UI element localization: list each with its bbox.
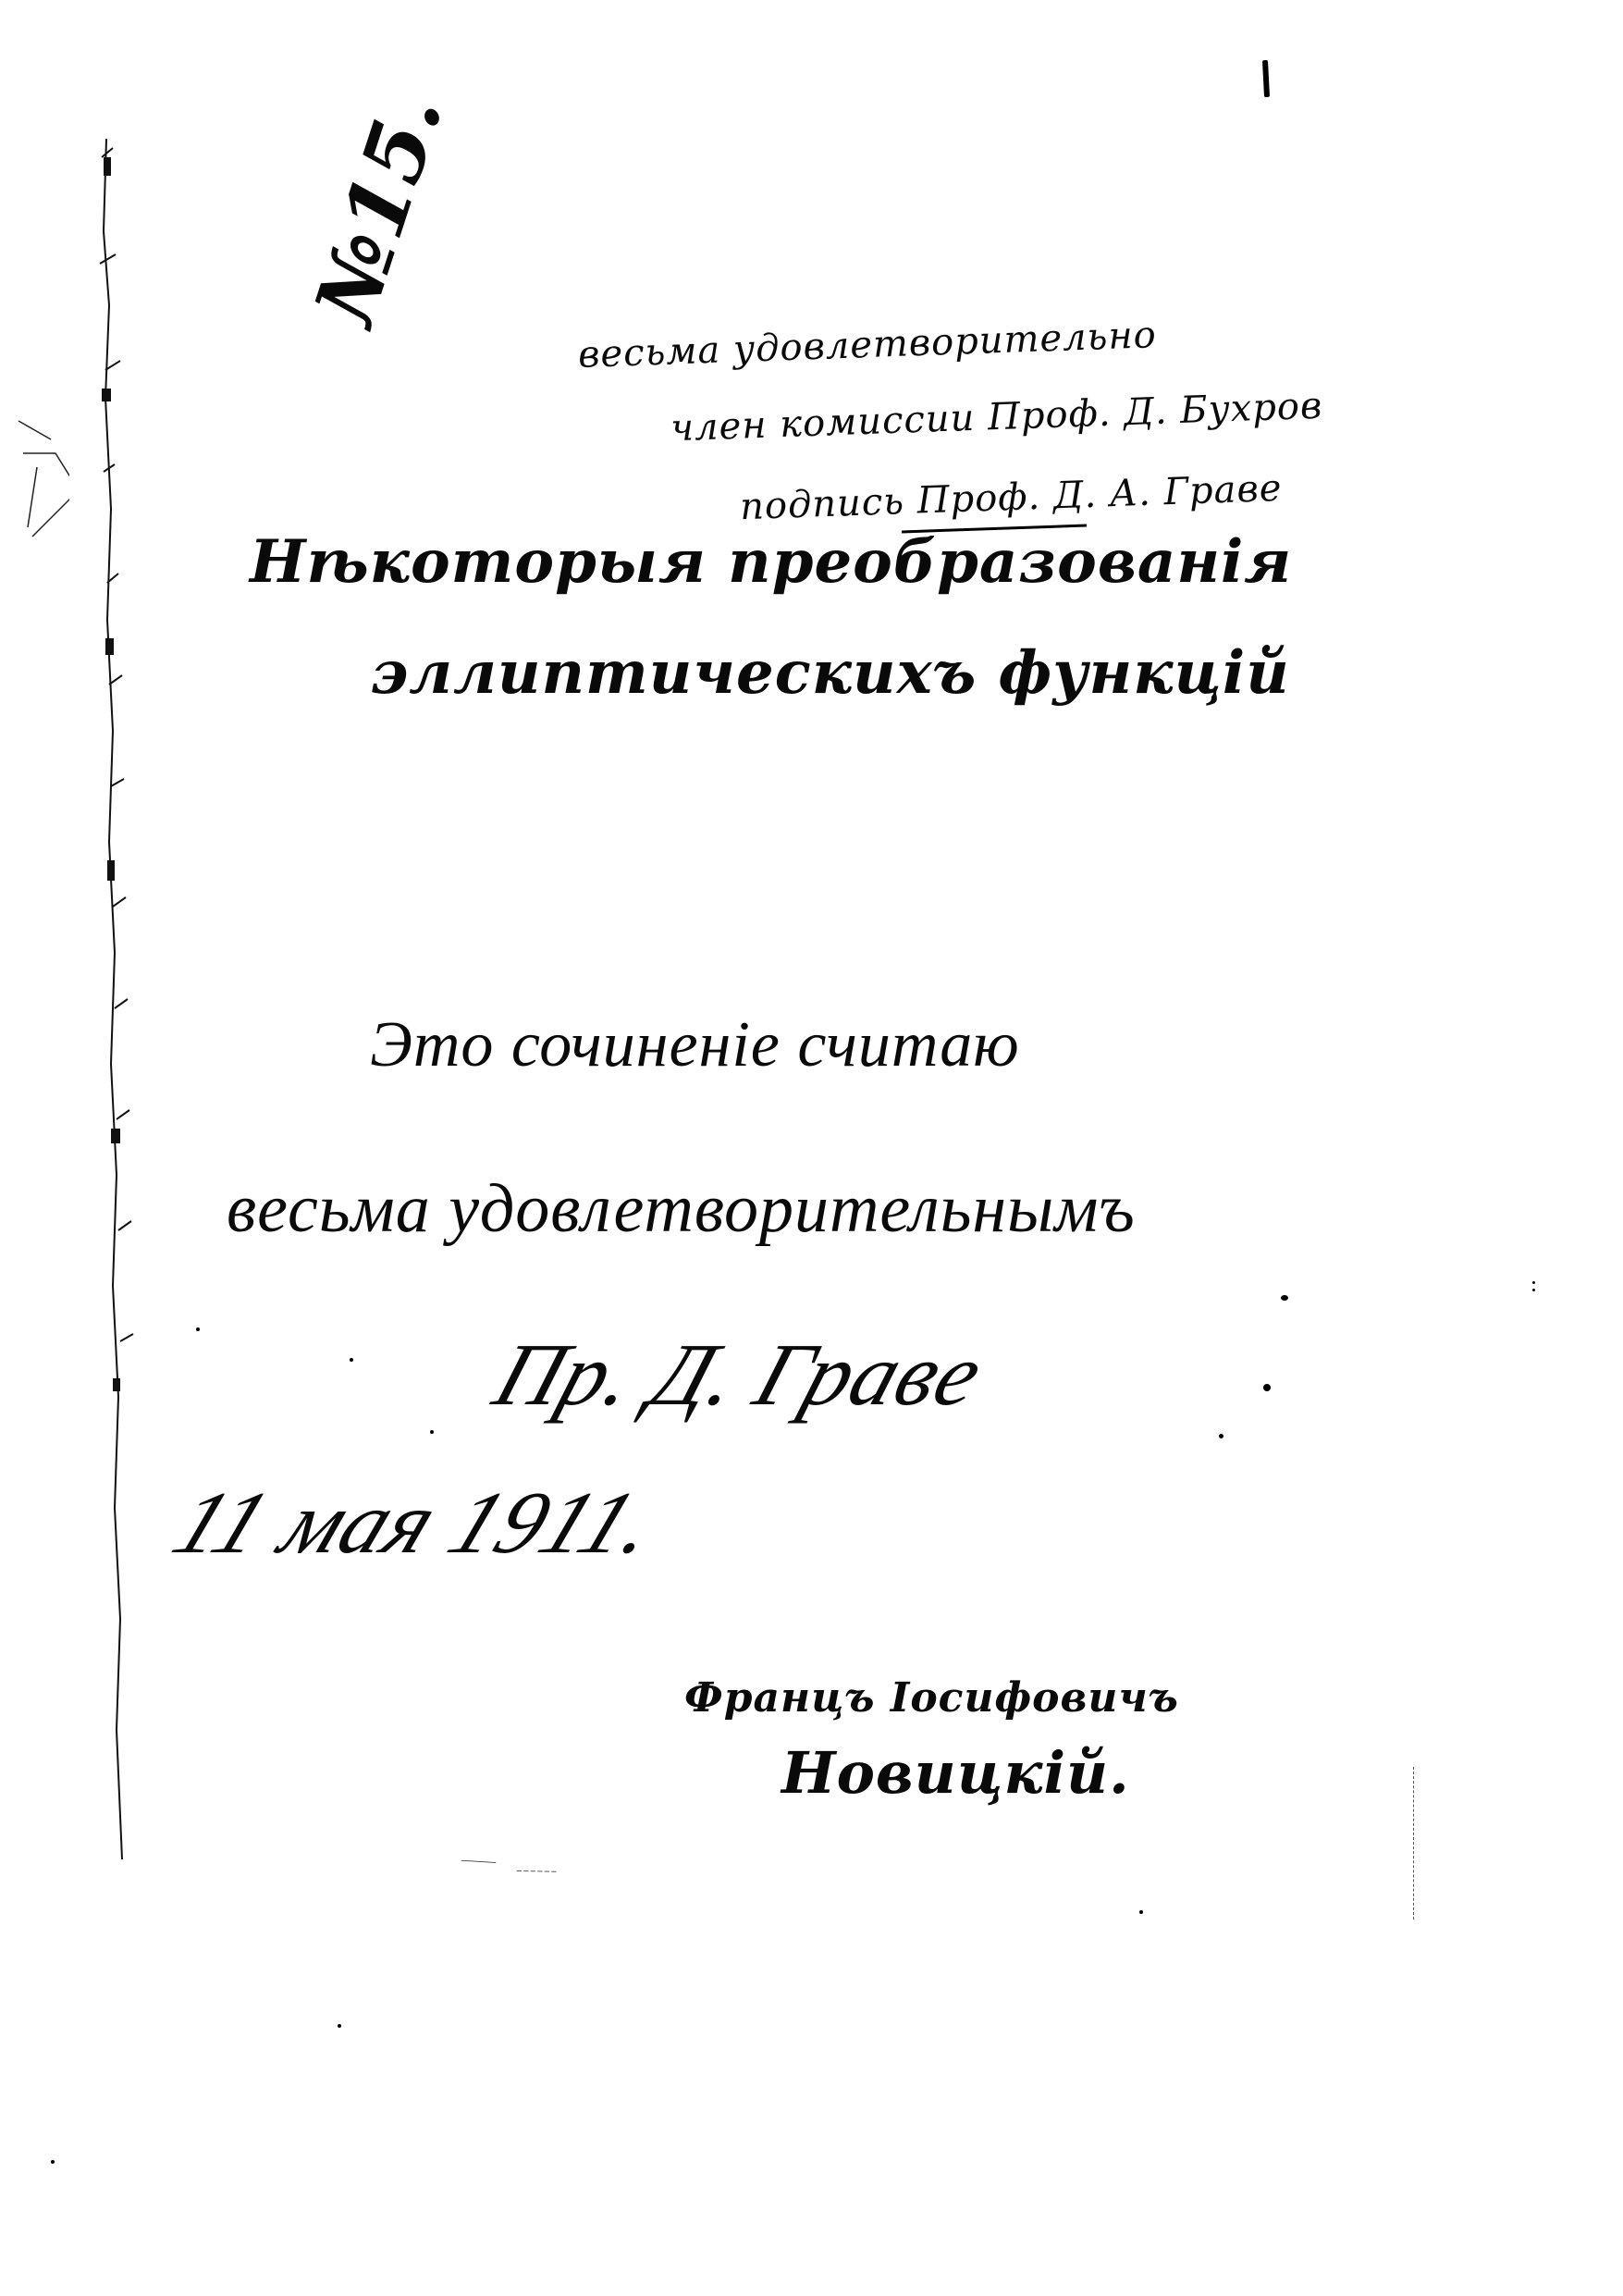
thesis-title-line-2: эллиптическихъ функцій [370, 638, 1290, 708]
page-number-mark [1262, 60, 1270, 97]
registration-number: №15. [296, 81, 461, 336]
ink-speck [1219, 1434, 1223, 1438]
page-edge-right [1413, 1767, 1416, 1920]
approval-line-1: Это сочиненіе считаю [370, 1008, 1020, 1082]
scanned-page: №15. весьма удовлетворительно член комис… [0, 0, 1623, 2296]
ink-speck [1281, 1295, 1288, 1301]
author-first-patronymic: Францъ Іосифовичъ [684, 1674, 1179, 1722]
binding-edge [92, 120, 129, 1970]
ink-speck [1532, 1281, 1535, 1284]
ink-speck [1139, 1910, 1143, 1914]
ink-speck [51, 2160, 55, 2164]
approval-date: 11 мая 1911. [160, 1471, 674, 1574]
bottom-page-edge [129, 1850, 1147, 1878]
ink-speck [338, 2024, 341, 2028]
ink-speck [1532, 1289, 1535, 1291]
fold-mark-icon [14, 416, 69, 555]
approval-signature: Пр. Д. Граве [483, 1323, 996, 1426]
ink-speck [430, 1430, 434, 1434]
approval-line-2: весьма удовлетворительнымъ [227, 1170, 1136, 1249]
ink-speck [1263, 1384, 1271, 1391]
review-note-line-1: весьма удовлетворительно [577, 314, 1157, 376]
binding-marks-icon [92, 120, 148, 1970]
ink-speck [196, 1327, 200, 1331]
thesis-title-line-1: Нѣкоторыя преобразованія [250, 527, 1292, 597]
ink-speck [350, 1358, 353, 1362]
review-note-line-3: подпись Проф. Д. А. Граве [739, 467, 1283, 528]
author-last-name: Новицкій. [781, 1739, 1130, 1807]
review-note-line-2: член комиссии Проф. Д. Бухров [670, 385, 1323, 451]
